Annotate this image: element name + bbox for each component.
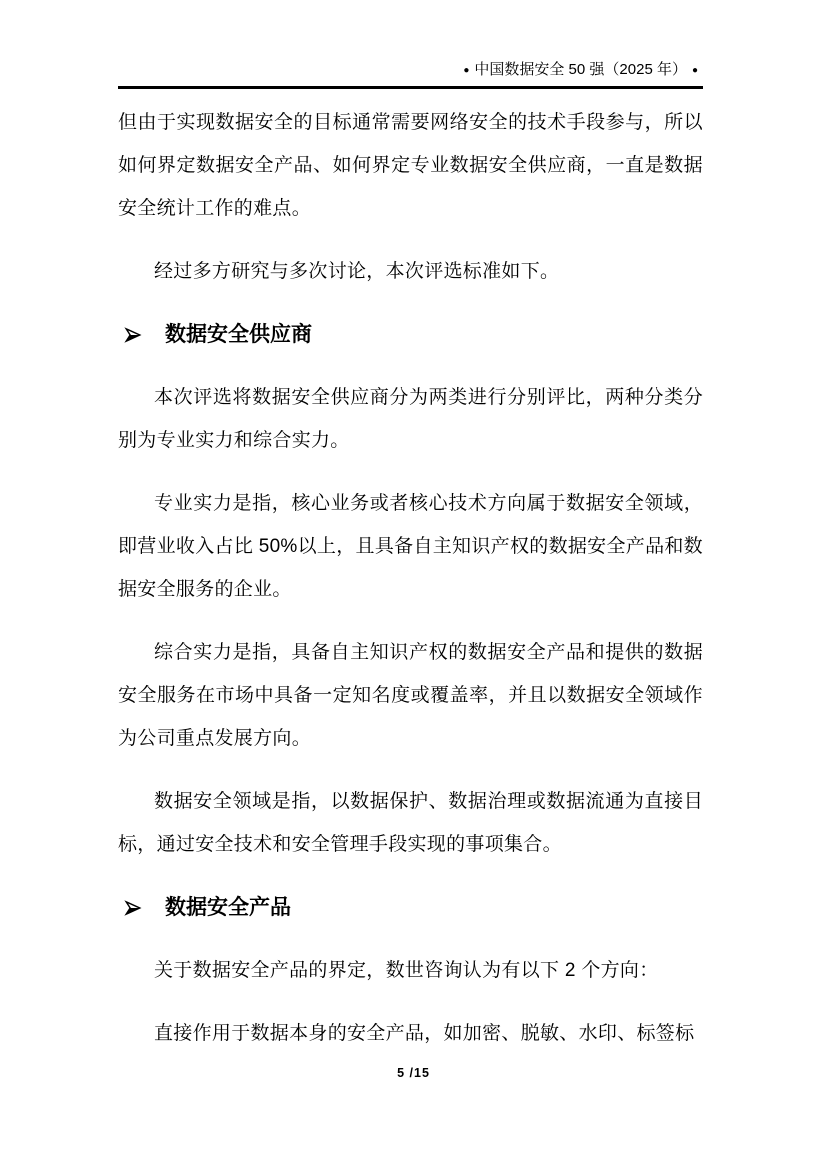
- header-bullet-left-icon: ●: [458, 65, 474, 76]
- arrow-bullet-icon: [124, 326, 165, 344]
- header-title-text: 中国数据安全 50 强（2025 年）: [474, 61, 687, 78]
- body-paragraph: 关于数据安全产品的界定，数世咨询认为有以下 2 个方向：: [118, 949, 703, 992]
- page-number: 5 /15: [397, 1066, 430, 1080]
- body-paragraph: 专业实力是指，核心业务或者核心技术方向属于数据安全领域，即营业收入占比 50%以…: [118, 482, 703, 611]
- page-footer: 5 /15: [0, 1066, 827, 1080]
- header-title: ●中国数据安全 50 强（2025 年）●: [118, 60, 703, 81]
- page-header: ●中国数据安全 50 强（2025 年）●: [118, 60, 703, 89]
- body-paragraph: 本次评选将数据安全供应商分为两类进行分别评比，两种分类分别为专业实力和综合实力。: [118, 376, 703, 462]
- arrow-bullet-icon: [124, 899, 165, 917]
- body-paragraph: 数据安全领域是指，以数据保护、数据治理或数据流通为直接目标，通过安全技术和安全管…: [118, 780, 703, 866]
- section-heading-suppliers: 数据安全供应商: [118, 313, 703, 356]
- body-paragraph: 综合实力是指，具备自主知识产权的数据安全产品和提供的数据安全服务在市场中具备一定…: [118, 631, 703, 760]
- document-body: 但由于实现数据安全的目标通常需要网络安全的技术手段参与，所以如何界定数据安全产品…: [118, 101, 703, 1075]
- section-heading-products: 数据安全产品: [118, 886, 703, 929]
- section-heading-text: 数据安全供应商: [165, 313, 312, 356]
- body-paragraph: 直接作用于数据本身的安全产品，如加密、脱敏、水印、标签标: [118, 1012, 703, 1055]
- body-paragraph: 但由于实现数据安全的目标通常需要网络安全的技术手段参与，所以如何界定数据安全产品…: [118, 101, 703, 230]
- header-bullet-right-icon: ●: [687, 65, 703, 76]
- header-rule: [118, 86, 703, 89]
- section-heading-text: 数据安全产品: [165, 886, 291, 929]
- document-page: ●中国数据安全 50 强（2025 年）● 但由于实现数据安全的目标通常需要网络…: [0, 0, 827, 1169]
- body-paragraph: 经过多方研究与多次讨论，本次评选标准如下。: [118, 250, 703, 293]
